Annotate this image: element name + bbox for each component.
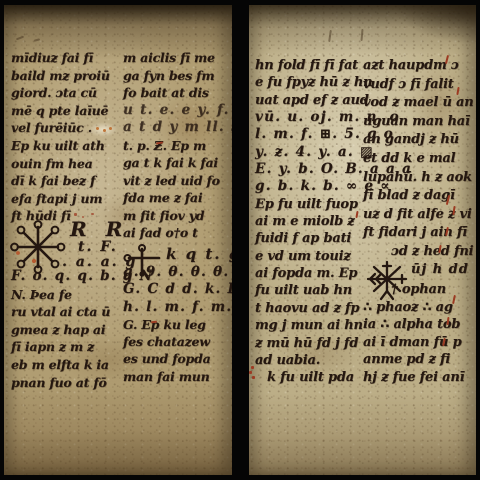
manuscript-line: uƶ d fit alfe ƶ vi [363,206,474,225]
charm-letters: t. F. [78,239,118,255]
manuscript-line: a t d y m ll. 5 [123,119,232,137]
manuscript-line: ft fidari j ain fī [363,224,474,243]
scratch-mark [34,38,40,41]
manuscript-line: ga t k fai k fai [123,154,232,172]
left-page-column-2-lower: g. 9. θ. θ. θ. θ. o G. C d d. k. R t h. … [123,264,232,385]
manuscript-line: ga fyn bes fm [123,67,232,85]
manuscript-line: an gandj ƶ hū [363,131,474,150]
manuscript-line: fes chatazew [123,333,232,350]
manuscript-line: vod ƶ mael ū an [363,94,474,113]
charm-letters: k q t. g [166,245,232,263]
manuscript-photo-composite: { "palette": { "frame": "#050505", "ink"… [0,0,480,480]
right-manuscript-page: hn fold fī fī fat e fu fpyƶ hū ƶ hn uat … [249,5,476,475]
ochre-dot [96,127,99,130]
manuscript-line: G. C d d. k. R t [123,281,232,298]
manuscript-line: g. 9. θ. θ. θ. θ. o [123,264,232,281]
manuscript-line: es und fopda [123,350,232,367]
scratch-mark [360,29,363,41]
manuscript-line: fī blad ƶ dagī [363,187,474,206]
manuscript-line: fo bait at dis [123,84,232,102]
page-bottom-shadow [4,380,232,475]
manuscript-line: u t. e. e y. f. p. a [123,102,232,120]
manuscript-line: ∴ phaoƶ ∴ ag [363,299,464,317]
manuscript-line: † ophan [363,281,464,299]
manuscript-line: ai ī dman fū p [363,334,464,352]
manuscript-line: m fit fiov yd [123,207,232,225]
charm-side-text: ūj h dd [411,262,469,277]
asterisk-charm-icon [9,220,67,274]
manuscript-line: mē q pte laīuē [11,102,110,120]
manuscript-line: dī k fai beƶ f [11,172,110,190]
manuscript-line: hj ƶ fue fei anī [363,369,464,387]
red-ink-mark [91,213,94,215]
manuscript-line: efa ftapi j um [11,190,110,208]
manuscript-line: mīdiuƶ fai fī [11,49,110,67]
manuscript-line: fda me ƶ fai [123,189,232,207]
manuscript-line: anme pd ƶ fi [363,351,464,369]
red-ink-mark [251,366,254,369]
manuscript-line: m aiclis fī me [123,49,232,67]
manuscript-line: t. p. Ƶ. Ep m [123,137,232,155]
right-page-column-2-lower: † ophan ∴ phaoƶ ∴ ag ia ∴ alpha tob ai ī… [363,281,464,387]
manuscript-line: ai fad o†o t [123,224,232,242]
manuscript-line: man fai mun [123,368,232,385]
manuscript-line: h. l. m. f. m. B. [123,299,232,316]
red-ink-mark [82,216,84,218]
manuscript-line: vit ƶ led uid fo [123,172,232,190]
scratch-mark [16,36,24,41]
manuscript-line: aƶt haupdm ɔ [363,57,474,76]
red-ink-mark [74,213,77,216]
left-manuscript-page: mīdiuƶ fai fī baild mƶ proiū giord. ɔta … [4,5,232,475]
manuscript-line: lupahū. h ƶ aok [363,169,474,188]
scratch-mark [328,30,332,42]
ochre-dot [109,127,112,130]
charm-letters: R R [70,217,128,241]
manuscript-line: et dd k e mal [363,150,474,169]
left-page-column-1-upper: mīdiuƶ fai fī baild mƶ proiū giord. ɔta … [11,49,110,225]
manuscript-line: vel furēiūc . [11,119,110,137]
manuscript-line: baild mƶ proiū [11,67,110,85]
manuscript-line: giord. ɔta cū [11,84,110,102]
manuscript-line: Ep ku uilt ath [11,137,110,155]
red-ink-mark [252,376,255,379]
red-ink-mark [249,371,252,374]
manuscript-line: ouin fm hea [11,155,110,173]
manuscript-line: uguan man haī [363,113,474,132]
manuscript-line: G. Ep ku leg [123,316,232,333]
left-page-column-2-upper: m aiclis fī me ga fyn bes fm fo bait at … [123,49,232,242]
ochre-dot [103,129,106,132]
page-bottom-shadow [249,393,476,475]
